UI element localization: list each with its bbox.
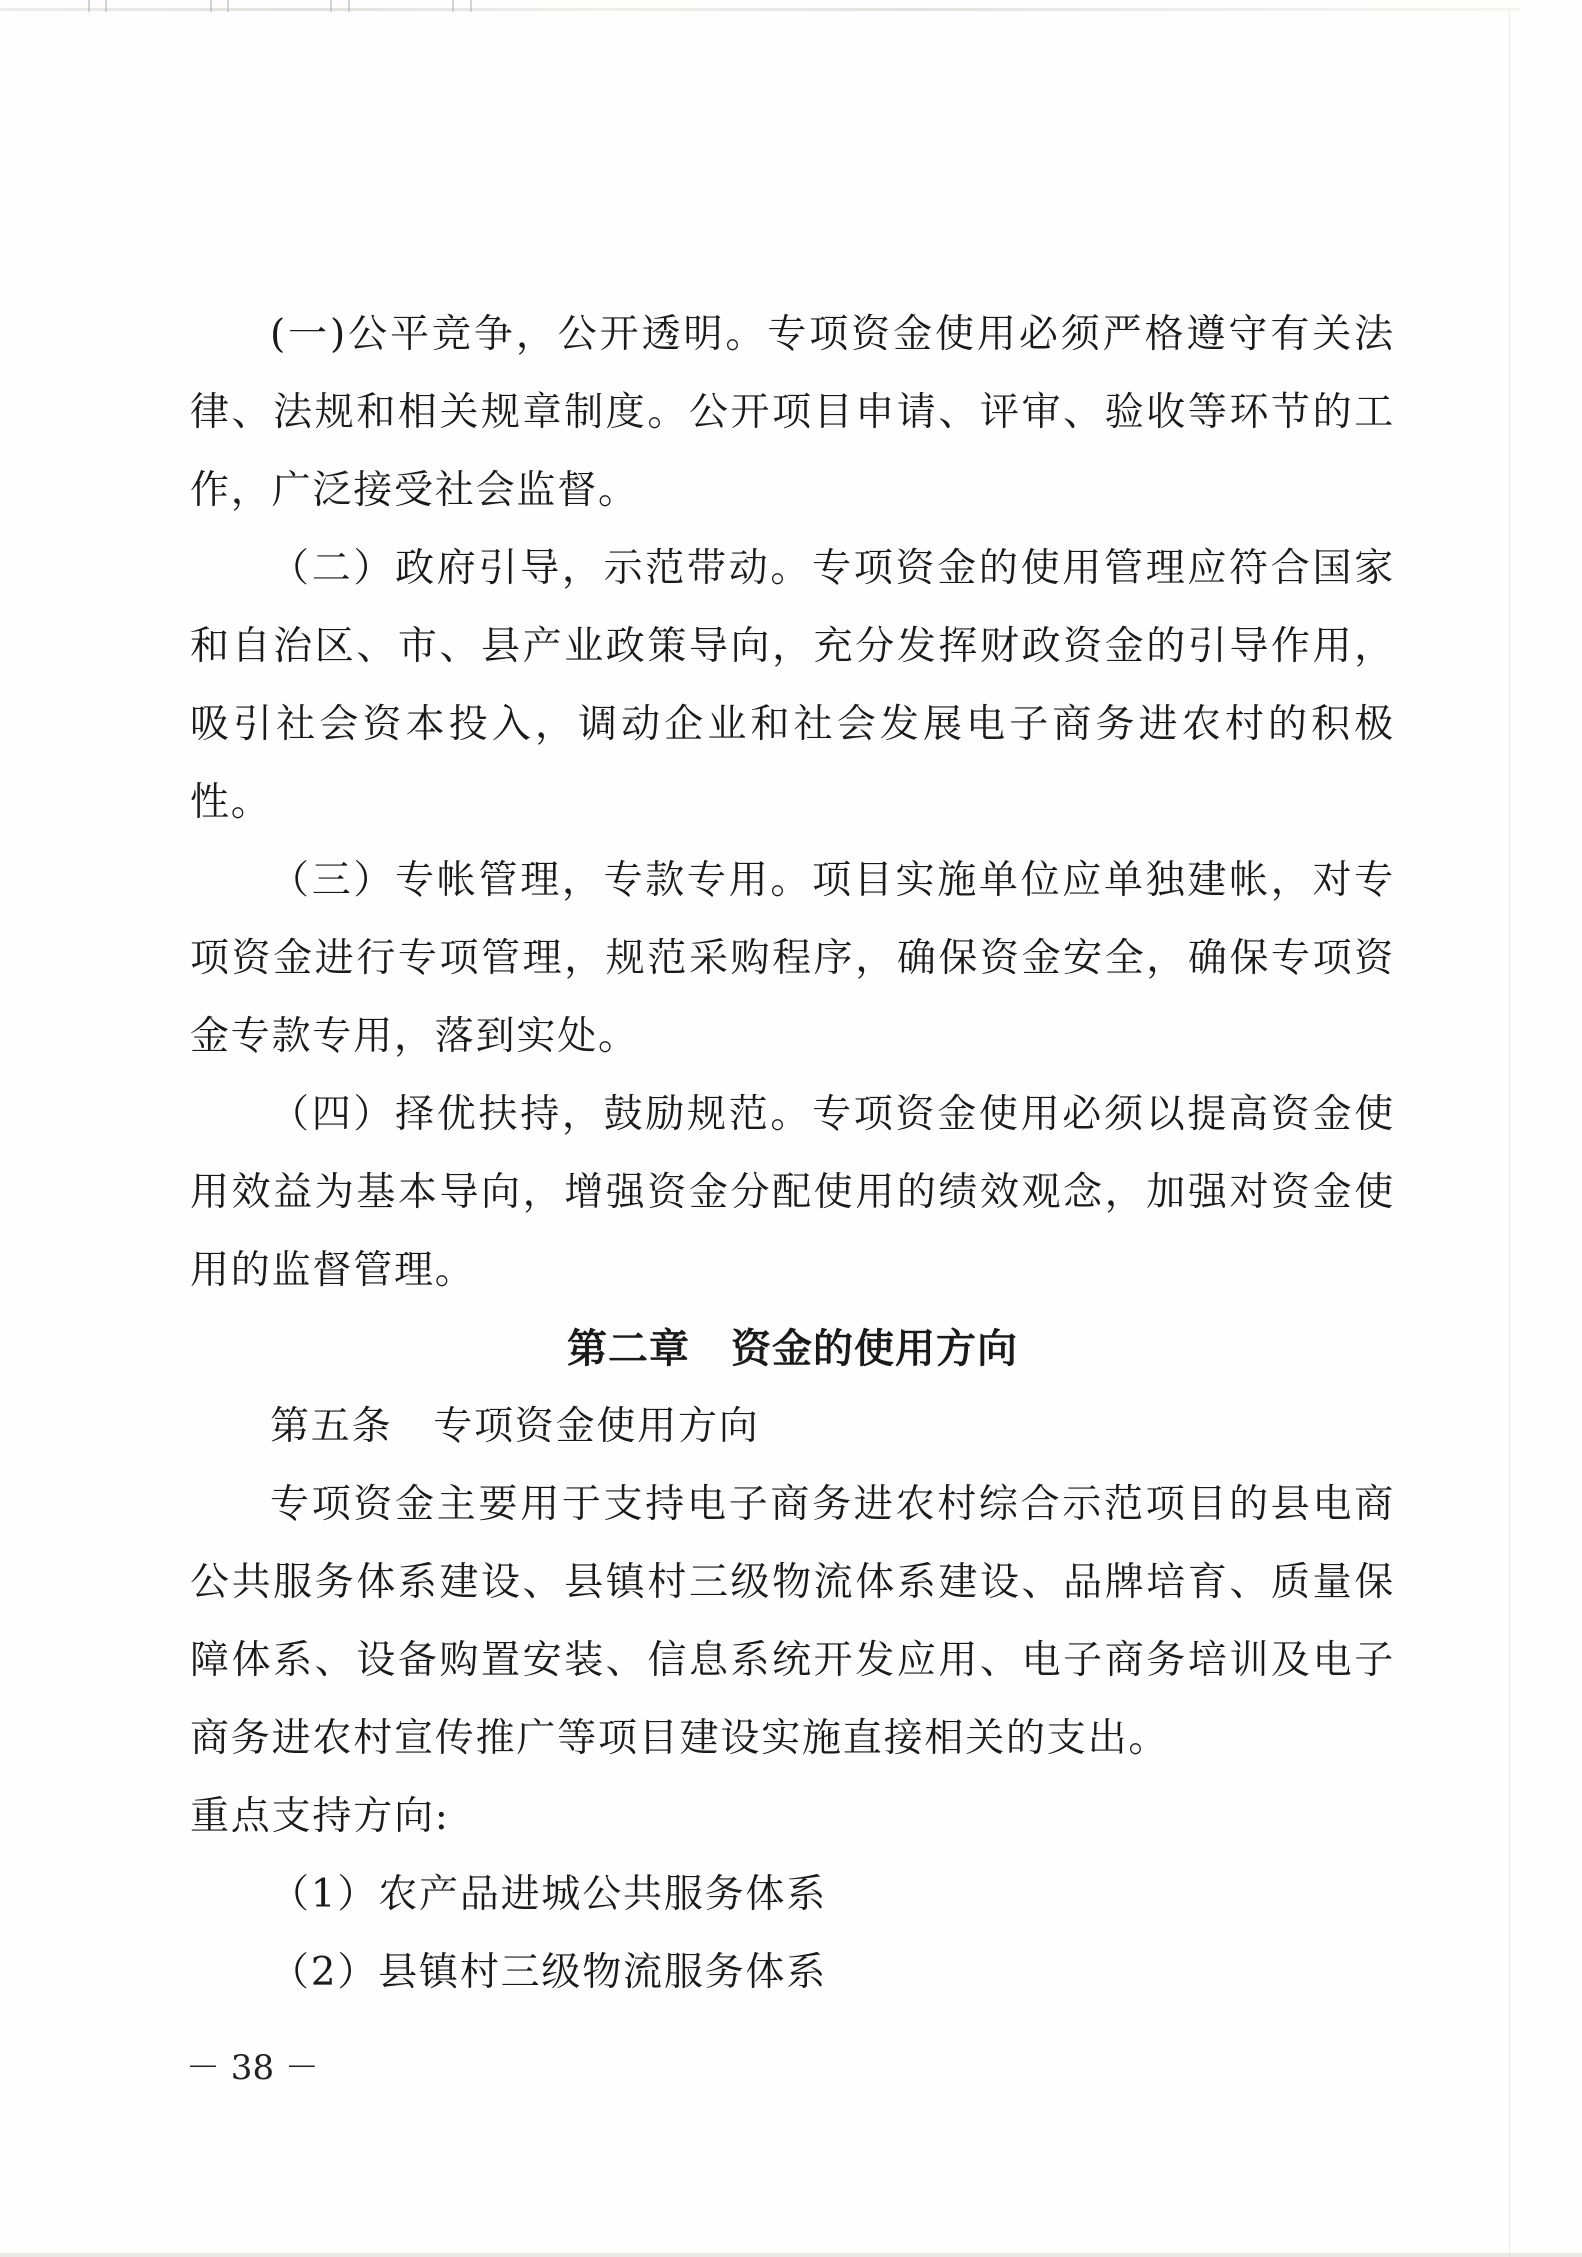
binding-mark bbox=[210, 0, 212, 12]
principle-paragraph-3: （三）专帐管理，专款专用。项目实施单位应单独建帐，对专项资金进行专项管理，规范采… bbox=[190, 842, 1395, 1076]
binding-mark bbox=[105, 0, 107, 12]
support-heading: 重点支持方向: bbox=[190, 1778, 1395, 1856]
binding-mark bbox=[470, 0, 472, 12]
chapter-title: 第二章 资金的使用方向 bbox=[190, 1310, 1395, 1388]
page-number: － 38 － bbox=[186, 2040, 319, 2089]
support-item-2: （2）县镇村三级物流服务体系 bbox=[190, 1934, 1395, 2012]
scan-right-edge bbox=[1509, 10, 1510, 2257]
article-body: 专项资金主要用于支持电子商务进农村综合示范项目的县电商公共服务体系建设、县镇村三… bbox=[190, 1466, 1395, 1778]
principle-paragraph-2: （二）政府引导，示范带动。专项资金的使用管理应符合国家和自治区、市、县产业政策导… bbox=[190, 530, 1395, 842]
binding-mark bbox=[88, 0, 90, 12]
binding-mark bbox=[330, 0, 332, 12]
support-item-1: （1）农产品进城公共服务体系 bbox=[190, 1856, 1395, 1934]
binding-mark bbox=[348, 0, 350, 12]
principle-paragraph-4: （四）择优扶持，鼓励规范。专项资金使用必须以提高资金使用效益为基本导向，增强资金… bbox=[190, 1076, 1395, 1310]
document-body: (一)公平竞争，公开透明。专项资金使用必须严格遵守有关法律、法规和相关规章制度。… bbox=[190, 296, 1395, 2012]
document-page: (一)公平竞争，公开透明。专项资金使用必须严格遵守有关法律、法规和相关规章制度。… bbox=[0, 0, 1582, 2257]
principle-paragraph-1: (一)公平竞争，公开透明。专项资金使用必须严格遵守有关法律、法规和相关规章制度。… bbox=[190, 296, 1395, 530]
binding-mark bbox=[452, 0, 454, 12]
scan-bottom-edge bbox=[0, 2253, 1582, 2257]
binding-mark bbox=[227, 0, 229, 12]
article-title: 第五条 专项资金使用方向 bbox=[190, 1388, 1395, 1466]
